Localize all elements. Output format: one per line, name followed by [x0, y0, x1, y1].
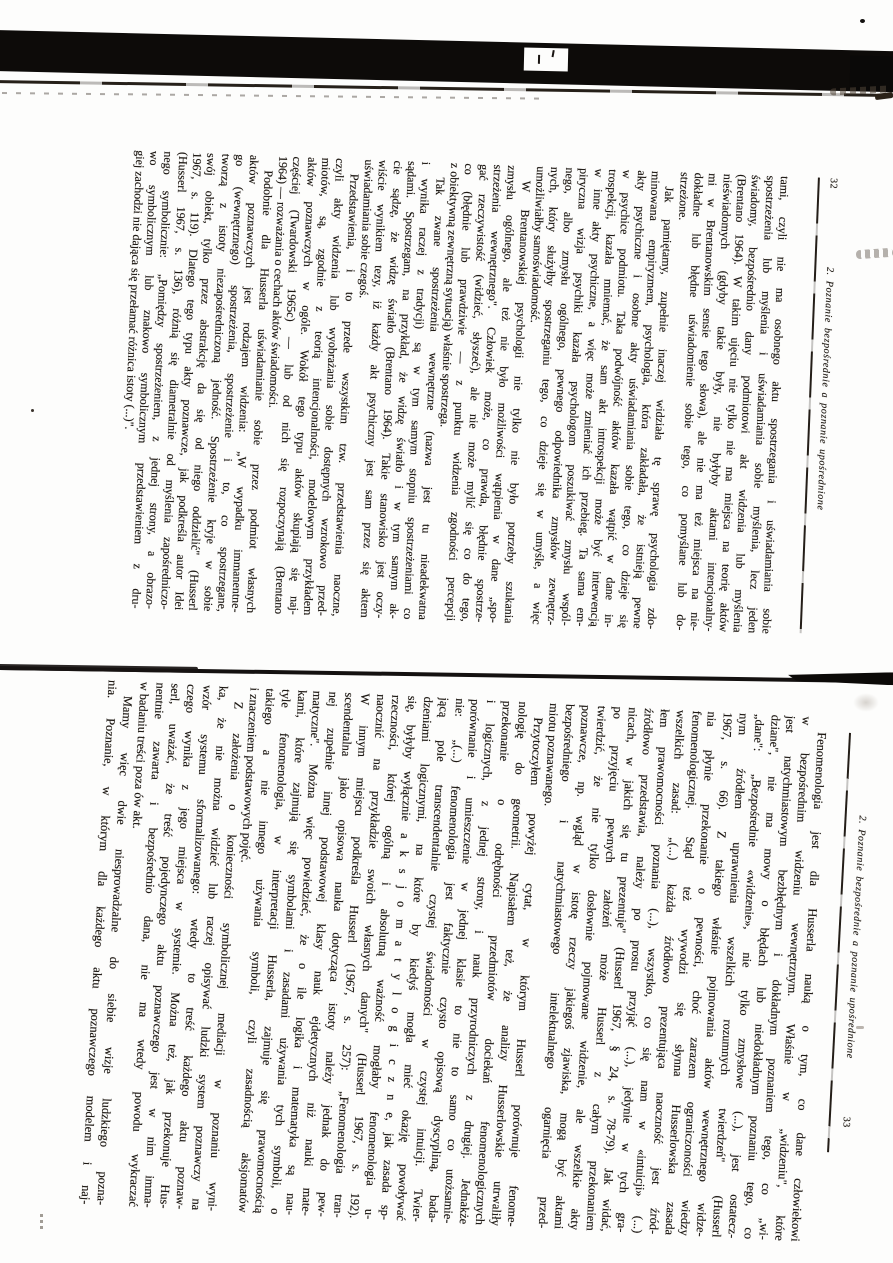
scan-bar-notch	[524, 47, 569, 71]
running-head-33: 2. Poznanie bezpośrednie a poznanie upoś…	[832, 719, 874, 1244]
page-text-block: Fenomenologia jest dla Husserla nauką o …	[77, 680, 830, 1242]
scan-squiggle	[875, 92, 893, 100]
running-head-title: 2. Poznanie bezpośrednie a poznanie upoś…	[813, 267, 837, 511]
scan-mark	[40, 1214, 43, 1229]
page-divider-wedge	[788, 670, 893, 686]
scan-speck	[860, 19, 865, 23]
scan-speck	[31, 409, 34, 412]
running-head-32: 32 2. Poznanie bezpośrednie a poznanie u…	[808, 178, 840, 636]
scan-smudge	[853, 693, 879, 712]
scan-page-32: 32 2. Poznanie bezpośrednie a poznanie u…	[114, 150, 840, 636]
page-number: 33	[838, 1116, 854, 1128]
scan-mark	[538, 55, 540, 64]
page-number: 32	[825, 178, 839, 190]
page-divider-thick	[0, 664, 198, 673]
scanned-book-spread: { "colors": { "paper": "#fdfdfc", "ink":…	[0, 0, 893, 1263]
scan-page-33: 2. Poznanie bezpośrednie a poznanie upoś…	[76, 680, 874, 1245]
scan-mark	[552, 50, 555, 57]
page-text-block: tami, czyli nie ma osobnego aktu spostrz…	[114, 150, 792, 634]
scan-streak	[2, 92, 542, 100]
scan-squiggle	[856, 248, 893, 260]
running-head-title: 2. Poznanie bezpośrednie a poznanie upoś…	[842, 815, 870, 1059]
